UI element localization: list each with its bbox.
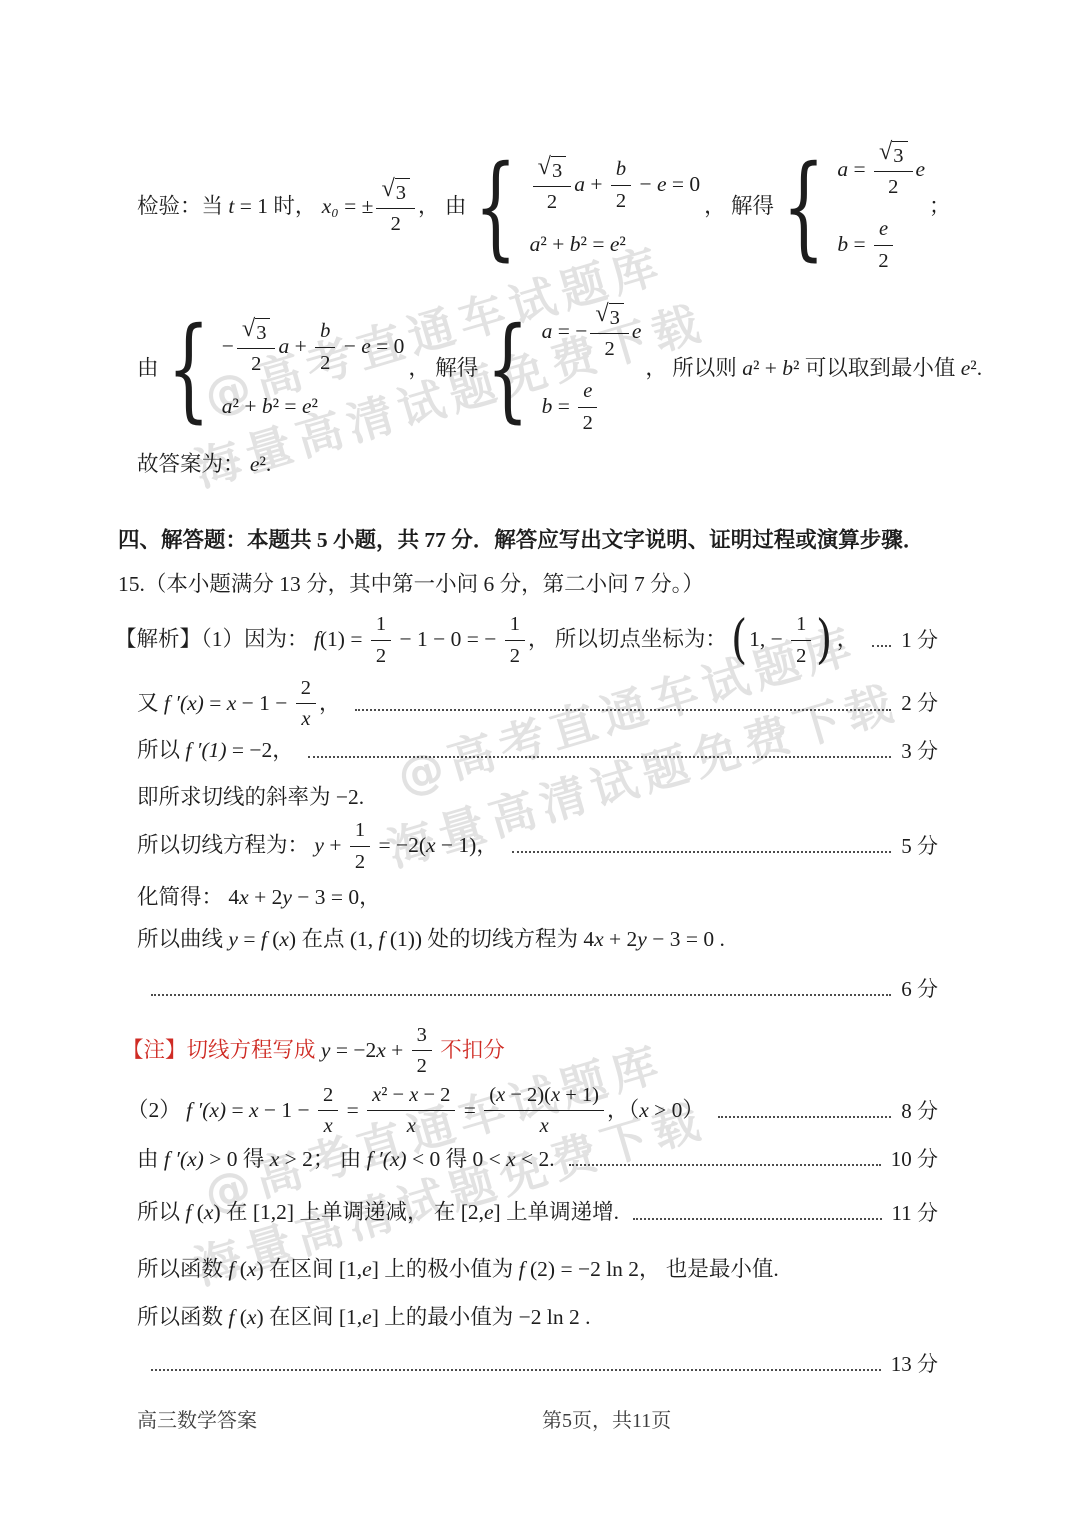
fraction-denominator: x [407, 1111, 416, 1139]
text-run: ) 在点 (1, [289, 926, 379, 954]
text-run: ] 上的极小值为 [372, 1256, 519, 1284]
math-run: f ′(x) [367, 1146, 407, 1174]
fraction-numerator: √3 [376, 177, 415, 209]
left-brace-icon: { [475, 151, 518, 263]
text-run: 所以切线方程为： [137, 832, 314, 860]
text-run: > 2； 由 [279, 1146, 366, 1174]
text-run: ² + [753, 355, 782, 383]
text-run: 2 [583, 410, 593, 436]
radical-sign-icon: √ [595, 302, 608, 326]
text-run: − 1 − 0 = − [394, 626, 502, 654]
math-run: e [916, 156, 926, 184]
text-run: ， [837, 626, 859, 654]
square-root: √3 [538, 155, 567, 184]
system-rows: a = −√32eb = e2 [542, 302, 642, 436]
system-row: √32a + b2 − e = 0 [530, 155, 701, 215]
text-run: = [848, 156, 871, 184]
score-label: 2 分 [901, 690, 938, 717]
square-root: √3 [595, 302, 624, 331]
answer-sheet-page: @高考直通车试题库 海量高清试题免费下载 @高考直通车试题库 海量高清试题免费下… [0, 0, 1080, 1527]
part2-derivative-line: （2） f ′(x) = x − 1 − 2x = x² − x − 2x = … [0, 1082, 1080, 1139]
equation-system: {−√32a + b2 − e = 0a² + b² = e² [163, 313, 405, 425]
point-content: 1, − 12 [749, 611, 814, 668]
text-run: 故答案为： [137, 451, 250, 479]
text-run: − 1 − [236, 690, 293, 718]
text-run: ， 解得 [704, 193, 774, 221]
math-run: x [227, 690, 237, 718]
text-run: ， 所以切点坐标为： [528, 626, 727, 654]
square-root: √3 [381, 177, 410, 206]
dotted-leader [151, 1369, 881, 1371]
text-run: − [634, 171, 657, 199]
system-rows: −√32a + b2 − e = 0a² + b² = e² [222, 317, 405, 421]
math-run: y [228, 926, 238, 954]
math-run: a [837, 156, 848, 184]
text-run: ] 上单调递增. [494, 1199, 619, 1227]
text-run: 所以函数 [137, 1304, 228, 1332]
text-run: < 2. [516, 1146, 555, 1174]
fraction: b2 [611, 156, 631, 213]
text-run: = [848, 231, 871, 259]
math-run: e [632, 318, 642, 346]
score-label: 3 分 [901, 738, 938, 765]
fraction-denominator: 2 [376, 641, 386, 669]
slope-statement-line: 即所求切线的斜率为 −2. [0, 784, 1080, 812]
fraction-denominator: 2 [510, 641, 520, 669]
fraction-denominator: x [301, 704, 310, 732]
text-run: − 3 = 0 . [647, 926, 725, 954]
fraction-denominator: x [540, 1111, 549, 1139]
text-run: 2 [376, 643, 386, 669]
text-run: ； [929, 193, 951, 221]
left-brace-icon: { [487, 313, 530, 425]
math-run: e [583, 378, 592, 404]
math-run: x [239, 884, 249, 912]
text-run: = −2( [373, 832, 426, 860]
fraction-denominator: 2 [616, 186, 626, 214]
fraction-numerator: x² − x − 2 [367, 1082, 455, 1111]
text-run: − 3 = 0， [292, 884, 381, 912]
system-row: b = e2 [542, 378, 642, 435]
text-run: ， 所以则 [645, 355, 742, 383]
text-run: ². [970, 355, 982, 383]
text-run: (1) = [320, 626, 368, 654]
math-run: b [782, 355, 793, 383]
text-run: + 1) [560, 1082, 599, 1108]
math-run: a [742, 355, 753, 383]
text-run: − 2 [418, 1082, 450, 1108]
math-run: y [637, 926, 647, 954]
text-run: = − [552, 318, 587, 346]
text-run: + [289, 333, 312, 361]
min-case-line: 由{−√32a + b2 − e = 0a² + b² = e²， 解得{a =… [0, 302, 1080, 436]
math-run: a [542, 318, 553, 346]
fraction-numerator: 3 [412, 1022, 432, 1051]
math-run: x [247, 1256, 257, 1284]
left-brace-icon: { [167, 313, 210, 425]
text-run: ( [234, 1256, 247, 1284]
radicand: 3 [395, 178, 410, 206]
fraction-denominator: 2 [547, 187, 557, 215]
math-run: a [222, 393, 233, 421]
fraction-numerator: 1 [350, 817, 370, 846]
text-run: （2） [127, 1097, 186, 1125]
text-run: = 0 [371, 333, 405, 361]
radicand: 3 [609, 303, 624, 331]
text-run: 又 [137, 690, 164, 718]
text-run: = ± [339, 193, 374, 221]
dotted-leader [308, 756, 891, 758]
text-run: 2 [604, 336, 614, 362]
text-run: 2 [320, 350, 330, 376]
text-run: 1, − [749, 626, 788, 654]
text-run: 2 [878, 248, 888, 274]
math-run: x [249, 1097, 259, 1125]
text-run: 2 [251, 351, 261, 377]
fraction: 12 [791, 611, 811, 668]
fraction: e2 [874, 216, 893, 273]
text-run: > 0 得 [204, 1146, 270, 1174]
text-run: 1 [355, 817, 365, 843]
fraction: √32 [590, 302, 629, 362]
text-run: > 0） [649, 1097, 704, 1125]
math-run: x [594, 926, 604, 954]
fraction-numerator: 2 [296, 675, 316, 704]
math-run: y [314, 832, 324, 860]
text-run: + [324, 832, 347, 860]
tangent-conclusion-line: 所以曲线 y = f (x) 在点 (1, f (1)) 处的切线方程为 4x … [0, 926, 1080, 954]
text-run: = −2， [227, 737, 294, 765]
text-run: 化简得： 4 [137, 884, 239, 912]
section-heading: 四、解答题：本题共 5 小题，共 77 分．解答应写出文字说明、证明过程或演算步… [0, 527, 1080, 555]
math-run: x [301, 706, 310, 732]
left-brace-icon: { [782, 151, 825, 263]
text-run: 2 [355, 849, 365, 875]
fraction-denominator: 2 [391, 209, 401, 237]
radical-sign-icon: √ [879, 140, 892, 164]
text-run: 2 [510, 643, 520, 669]
dotted-leader [569, 1164, 881, 1166]
text-run: ( [267, 926, 280, 954]
text-run: 1 [796, 611, 806, 637]
system-row: a = √32e [837, 140, 925, 200]
math-run: a [574, 171, 585, 199]
fraction: x² − x − 2x [367, 1082, 455, 1139]
dotted-leader [512, 851, 891, 853]
text-run: = [341, 1097, 364, 1125]
math-run: e [302, 393, 312, 421]
text-run: 所以 [137, 737, 185, 765]
text-run: 【解析】（1）因为： [115, 626, 314, 654]
final-answer-line: 故答案为： e². [0, 451, 1080, 479]
fraction-numerator: e [578, 378, 597, 407]
math-run: x [540, 1113, 549, 1139]
fraction-numerator: 2 [318, 1082, 338, 1111]
text-run: 15.（本小题满分 13 分，其中第一小问 6 分，第二小问 7 分。） [118, 571, 704, 599]
score-label: 10 分 [891, 1146, 938, 1173]
math-run: x [409, 1082, 418, 1108]
monotonicity-conclusion-line: 所以 f (x) 在 [1,2] 上单调递减， 在 [2,e] 上单调递增.11… [0, 1199, 1080, 1227]
footer-document-title: 高三数学答案 [137, 1404, 257, 1433]
math-run: a [278, 333, 289, 361]
fraction: 12 [350, 817, 370, 874]
math-run: x [324, 1113, 333, 1139]
text-run: ) 在 [1,2] 上单调递减， 在 [2, [213, 1199, 484, 1227]
fraction-numerator: (x − 2)(x + 1) [484, 1082, 604, 1111]
math-run: f ′(x) [164, 1146, 204, 1174]
score-13-divider: 13 分 [0, 1351, 1080, 1378]
math-run: x [407, 1113, 416, 1139]
text-run: ² 可以取到最小值 [793, 355, 961, 383]
fraction: 2x [296, 675, 316, 732]
text-run: ² + [233, 393, 262, 421]
system-row: b = e2 [837, 216, 925, 273]
radicand: 3 [551, 156, 566, 184]
math-run: e [961, 355, 971, 383]
math-run: b [616, 156, 626, 182]
fraction-numerator: 1 [791, 611, 811, 640]
text-run: − [338, 333, 361, 361]
fraction: (x − 2)(x + 1)x [484, 1082, 604, 1139]
equation-system: {a = −√32eb = e2 [482, 302, 641, 436]
equation-system: {a = √32eb = e2 [778, 140, 925, 274]
right-paren-icon: ) [816, 617, 832, 664]
tangent-equation-line: 所以切线方程为： y + 12 = −2(x − 1)，5 分 [0, 817, 1080, 874]
math-run: e [361, 333, 371, 361]
fraction: 12 [505, 611, 525, 668]
math-run: y [321, 1037, 331, 1065]
derivative-line: 又 f ′(x) = x − 1 − 2x，2 分 [0, 675, 1080, 732]
square-root: √3 [242, 317, 271, 346]
math-run: e [879, 216, 888, 242]
math-run: b [570, 231, 581, 259]
math-run: x [506, 1146, 516, 1174]
text-run: − 1 − [259, 1097, 316, 1125]
dotted-leader [151, 994, 891, 996]
math-run: e [362, 1304, 372, 1332]
score-label: 13 分 [891, 1351, 938, 1378]
fraction: b2 [315, 318, 335, 375]
text-run: ² = [581, 231, 610, 259]
fraction: √32 [874, 140, 913, 200]
math-run: b [542, 393, 553, 421]
text-run: ] 上的最小值为 −2 ln 2 . [372, 1304, 591, 1332]
system-row: a = −√32e [542, 302, 642, 362]
fraction-denominator: 2 [604, 334, 614, 362]
coordinate-point: (1, − 12) [729, 611, 835, 668]
text-run: 检验：当 [137, 193, 228, 221]
fraction: √32 [237, 317, 276, 377]
text-run: 1 [510, 611, 520, 637]
fraction-denominator: 2 [417, 1051, 427, 1079]
grading-note-text: 【注】切线方程写成 [122, 1037, 321, 1065]
math-run: b [837, 231, 848, 259]
text-run: − 2)( [505, 1082, 551, 1108]
text-run: 所以函数 [137, 1256, 228, 1284]
fraction-numerator: e [874, 216, 893, 245]
math-run: x [372, 1082, 381, 1108]
score-label: 8 分 [901, 1098, 938, 1125]
text-run: + [585, 171, 608, 199]
math-run: x [376, 1037, 386, 1065]
text-run: ². [259, 451, 271, 479]
text-run: 2 [616, 188, 626, 214]
fraction-numerator: b [611, 156, 631, 185]
math-run: f ′(1) [185, 737, 226, 765]
text-run: 2 [301, 675, 311, 701]
text-run: 由 [137, 1146, 164, 1174]
text-run: − [222, 333, 234, 361]
system-row: a² + b² = e² [530, 231, 701, 259]
min-value-line: 所以函数 f (x) 在区间 [1,e] 上的最小值为 −2 ln 2 . [0, 1304, 1080, 1332]
text-run: = [552, 393, 575, 421]
text-run: 2 [323, 1082, 333, 1108]
text-run: + [386, 1037, 409, 1065]
text-run: ) 在区间 [1, [256, 1256, 362, 1284]
fraction-numerator: √3 [533, 155, 572, 187]
fraction: √32 [533, 155, 572, 215]
fraction-numerator: 1 [371, 611, 391, 640]
system-row: −√32a + b2 − e = 0 [222, 317, 405, 377]
text-run: 3 [417, 1022, 427, 1048]
text-run: ² + [540, 231, 569, 259]
dotted-leader [355, 709, 892, 711]
equation-system: {√32a + b2 − e = 0a² + b² = e² [470, 151, 700, 263]
verify-line: 检验：当 t = 1 时， x₀ = ±√32， 由{√32a + b2 − e… [0, 140, 1080, 274]
fraction: 2x [318, 1082, 338, 1139]
text-run: (2) = −2 ln 2， 也是最小值. [525, 1256, 779, 1284]
text-run: 2 [888, 174, 898, 200]
math-run: x [270, 1146, 280, 1174]
fraction-numerator: b [315, 318, 335, 347]
fraction-numerator: √3 [590, 302, 629, 334]
text-run: 所以曲线 [137, 926, 228, 954]
math-run: x₀ [322, 193, 339, 221]
fraction: √32 [376, 177, 415, 237]
text-run: ( [234, 1304, 247, 1332]
text-run: = 0 [667, 171, 701, 199]
fraction: 12 [371, 611, 391, 668]
math-run: b [320, 318, 330, 344]
left-paren-icon: ( [731, 617, 747, 664]
dotted-leader [633, 1218, 882, 1220]
score-label: 11 分 [892, 1200, 938, 1227]
fraction-denominator: 2 [320, 348, 330, 376]
fraction-numerator: √3 [237, 317, 276, 349]
footer-page-number: 第5页，共11页 [542, 1404, 671, 1433]
fraction-denominator: 2 [355, 847, 365, 875]
text-run: 四、解答题：本题共 5 小题，共 77 分．解答应写出文字说明、证明过程或演算步… [118, 527, 924, 555]
local-min-line: 所以函数 f (x) 在区间 [1,e] 上的极小值为 f (2) = −2 l… [0, 1256, 1080, 1284]
text-run: + 2 [604, 926, 638, 954]
square-root: √3 [879, 140, 908, 169]
dotted-leader [872, 645, 891, 647]
text-run: ， 解得 [408, 355, 478, 383]
math-run: e [362, 1256, 372, 1284]
radical-sign-icon: √ [538, 155, 551, 179]
text-run: = [238, 926, 261, 954]
text-run: < 0 得 0 < [407, 1146, 507, 1174]
text-run: 所以 [137, 1199, 185, 1227]
fraction-denominator: x [324, 1111, 333, 1139]
math-run: x [496, 1082, 505, 1108]
math-run: e [657, 171, 667, 199]
score-label: 5 分 [901, 833, 938, 860]
text-run: 2 [547, 189, 557, 215]
math-run: e [484, 1199, 494, 1227]
text-run: + 2 [249, 884, 283, 912]
slope-value-line: 所以 f ′(1) = −2，3 分 [0, 737, 1080, 765]
fraction-numerator: √3 [874, 140, 913, 172]
fraction-denominator: 2 [878, 246, 888, 274]
text-run: = [458, 1097, 481, 1125]
text-run: 1 [376, 611, 386, 637]
text-run: − 1)， [436, 832, 498, 860]
math-run: x [247, 1304, 257, 1332]
text-run: 2 [796, 643, 806, 669]
text-run: ² [311, 393, 317, 421]
text-run: ² [619, 231, 625, 259]
text-run: ， [319, 690, 341, 718]
text-run: 由 [137, 355, 159, 383]
text-run: 2 [417, 1053, 427, 1079]
fraction-denominator: 2 [888, 172, 898, 200]
radical-sign-icon: √ [381, 177, 394, 201]
analysis-step-1: 【解析】（1）因为： f(1) = 12 − 1 − 0 = − 12， 所以切… [0, 611, 1080, 668]
score-6-divider: 6 分 [0, 976, 1080, 1003]
math-run: x [204, 1199, 214, 1227]
text-run: 即所求切线的斜率为 −2. [137, 784, 364, 812]
problem-15-header: 15.（本小题满分 13 分，其中第一小问 6 分，第二小问 7 分。） [0, 571, 1080, 599]
text-run: = [204, 690, 227, 718]
monotonic-intervals-line: 由 f ′(x) > 0 得 x > 2； 由 f ′(x) < 0 得 0 <… [0, 1146, 1080, 1174]
text-run: ) 在区间 [1, [256, 1304, 362, 1332]
grading-note-text: 不扣分 [435, 1037, 505, 1065]
fraction-denominator: 2 [583, 408, 593, 436]
math-run: x [639, 1097, 649, 1125]
fraction-numerator: 1 [505, 611, 525, 640]
text-run: (1)) 处的切线方程为 4 [384, 926, 594, 954]
text-run: ² − [381, 1082, 409, 1108]
text-run: ² = [273, 393, 302, 421]
text-run: = 1 时， [234, 193, 321, 221]
math-run: e [610, 231, 620, 259]
solution-document-body: 检验：当 t = 1 时， x₀ = ±√32， 由{√32a + b2 − e… [0, 0, 1080, 1378]
score-label: 1 分 [901, 627, 938, 654]
grading-note-line: 【注】切线方程写成 y = −2x + 32 不扣分 [0, 1022, 1080, 1079]
math-run: x [279, 926, 289, 954]
text-run: = −2 [330, 1037, 376, 1065]
text-run: ， 由 [418, 193, 466, 221]
math-run: a [530, 231, 541, 259]
system-row: a² + b² = e² [222, 393, 405, 421]
text-run: 2 [391, 211, 401, 237]
math-run: b [262, 393, 273, 421]
score-label: 6 分 [901, 976, 938, 1003]
math-run: y [282, 884, 292, 912]
fraction: 32 [412, 1022, 432, 1079]
dotted-leader [718, 1116, 891, 1118]
fraction-denominator: 2 [251, 349, 261, 377]
math-run: e [250, 451, 260, 479]
radicand: 3 [892, 141, 907, 169]
text-run: ，（ [607, 1097, 639, 1125]
fraction: e2 [578, 378, 597, 435]
simplified-equation-line: 化简得： 4x + 2y − 3 = 0， [0, 884, 1080, 912]
text-run: ( [191, 1199, 204, 1227]
radicand: 3 [255, 318, 270, 346]
text-run: = [226, 1097, 249, 1125]
